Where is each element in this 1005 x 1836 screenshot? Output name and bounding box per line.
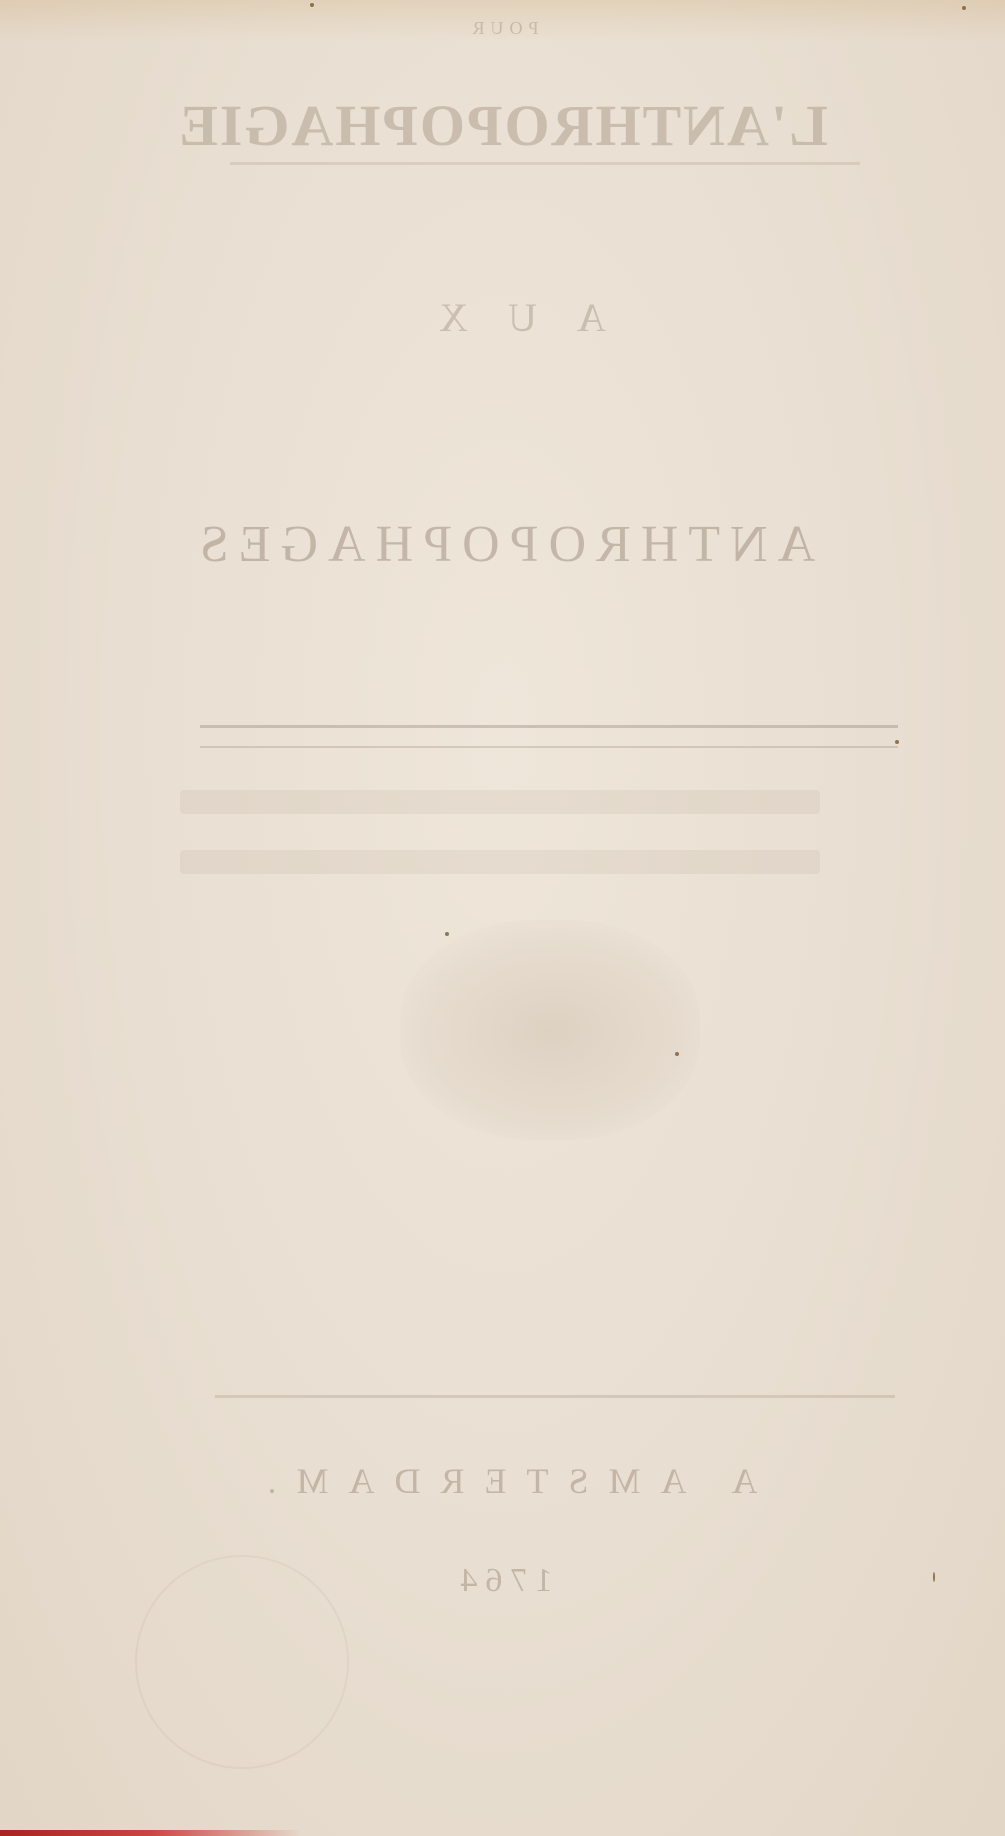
foxing-spot: [933, 1572, 935, 1582]
mirrored-rule-top: [230, 162, 860, 165]
mirrored-rule-bottom: [215, 1395, 895, 1398]
printer-ornament-icon: [400, 920, 700, 1140]
foxing-spot: [675, 1052, 679, 1056]
mirrored-imprint-place: A AMSTERDAM.: [0, 1460, 1005, 1502]
mirrored-imprint-year: 1764: [0, 1562, 1005, 1600]
mirrored-text-anthropophages: ANTHROPOPHAGES: [0, 515, 1005, 574]
mirrored-double-rule: [200, 725, 898, 748]
foxing-spot: [310, 3, 314, 7]
foxing-spot: [895, 740, 899, 744]
faint-stamp-circle: [135, 1555, 349, 1769]
book-page: POUR L'ANTHROPOPHAGIE AUX ANTHROPOPHAGES…: [0, 0, 1005, 1836]
mirrored-title: L'ANTHROPOPHAGIE: [0, 92, 1005, 159]
mirrored-text-aux: AUX: [0, 294, 1005, 341]
foxing-spot: [962, 6, 966, 10]
faint-text-line: [180, 850, 820, 874]
mirrored-text-pour: POUR: [0, 18, 1005, 39]
foxing-spot: [445, 932, 449, 936]
faint-text-line: [180, 790, 820, 814]
